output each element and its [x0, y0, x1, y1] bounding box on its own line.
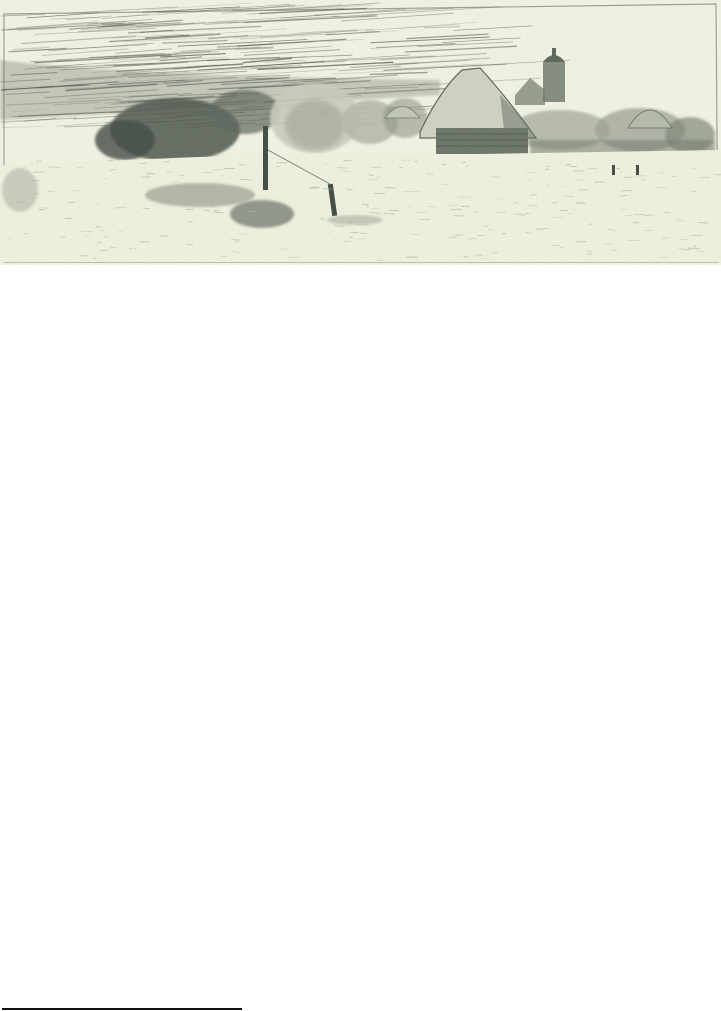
landscape-etching-image [0, 0, 721, 265]
footnote-rule [2, 1008, 242, 1010]
etching-illustration [0, 0, 721, 265]
